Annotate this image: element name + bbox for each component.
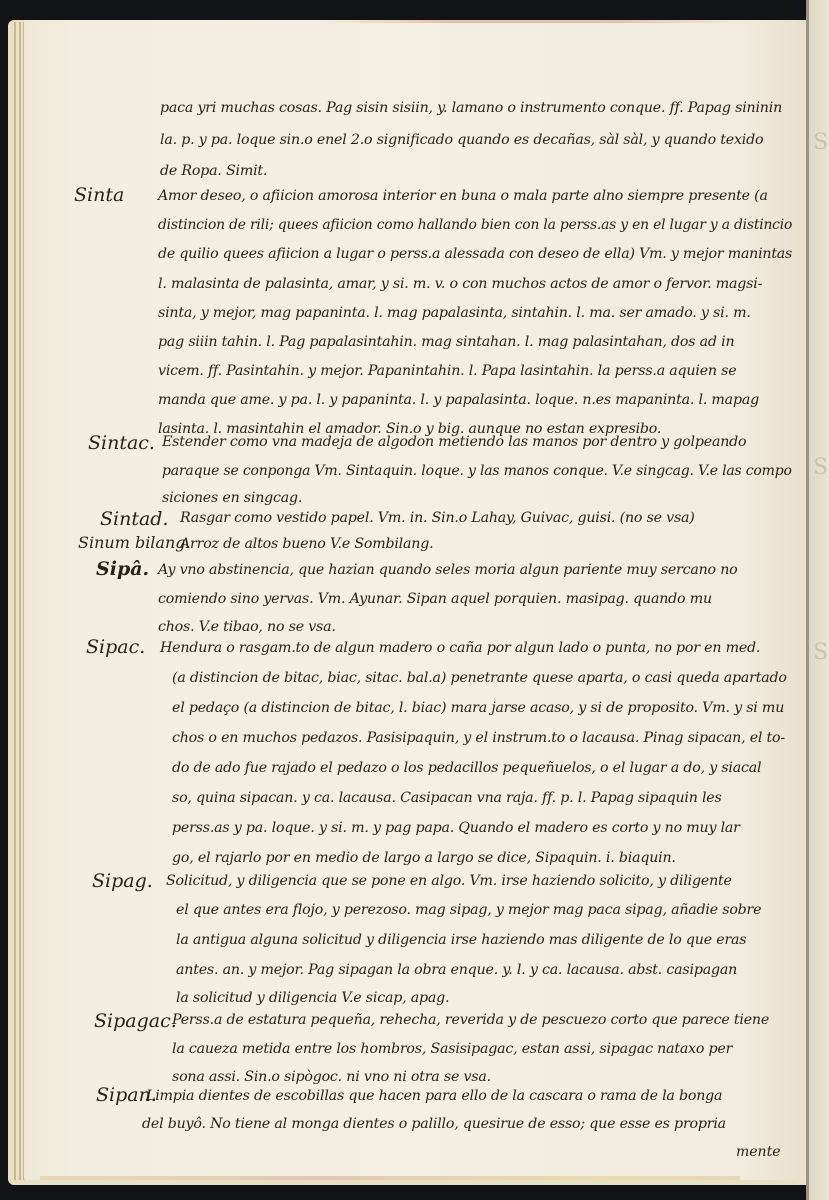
entry-line: Ay vno abstinencia, que hazian quando se… [158,562,737,578]
entry-line: l. malasinta de palasinta, amar, y si. m… [158,276,762,292]
entry-headword: Sipag. [92,870,153,892]
entry-line: so, quina sipacan. y ca. lacausa. Casipa… [172,790,722,806]
entry-headword: Sintac. [88,432,155,454]
entry-line: perss.as y pa. loque. y si. m. y pag pap… [172,820,740,836]
entry-line: chos o en muchos pedazos. Pasisipaquin, … [172,730,785,746]
entry-headword: Sipagac. [94,1010,177,1032]
entry-line: Hendura o rasgam.to de algun madero o ca… [160,640,760,656]
entry-line: la caueza metida entre los hombros, Sasi… [172,1041,732,1057]
entry-line: vicem. ff. Pasintahin. y mejor. Papanint… [158,363,736,379]
entry-line: (a distincion de bitac, biac, sitac. bal… [172,670,787,686]
entry-headword: Sipac. [86,636,145,658]
entry-line: antes. an. y mejor. Pag sipagan la obra … [176,962,737,978]
entry-line: el que antes era flojo, y perezoso. mag … [176,902,761,918]
entry-line: manda que ame. y pa. l. y papaninta. l. … [158,392,759,408]
continuation-line: de Ropa. Simit. [160,163,267,179]
entry-line: Limpia dientes de escobillas que hacen p… [146,1088,722,1104]
entry-line: paraque se conponga Vm. Sintaquin. loque… [162,463,792,479]
entry-line: distincion de rili; quees afiicion como … [158,217,792,233]
entry-headword: Sinta [74,184,124,206]
entry-line: sinta, y mejor, mag papaninta. l. mag pa… [158,305,751,321]
entry-headword: Sipâ. [96,558,149,580]
entry-line: el pedaço (a distincion de bitac, l. bia… [172,700,784,716]
entry-line: pag siiin tahin. l. Pag papalasintahin. … [158,334,734,350]
entry-line: la antigua alguna solicitud y diligencia… [176,932,746,948]
manuscript-text: paca yri muchas cosas. Pag sisin sisiin,… [0,0,829,1200]
entry-line: go, el rajarlo por en medio de largo a l… [172,850,676,866]
entry-line: de quilio quees afiicion a lugar o perss… [158,246,792,262]
continuation-line: paca yri muchas cosas. Pag sisin sisiin,… [160,100,782,116]
entry-line: del buyô. No tiene al monga dientes o pa… [142,1116,726,1132]
entry-line: Rasgar como vestido papel. Vm. in. Sin.o… [180,510,695,526]
entry-headword: Sinum bilang. [78,533,191,552]
entry-line: Amor deseo, o afiicion amorosa interior … [158,188,768,204]
entry-line: Arroz de altos bueno V.e Sombilang. [180,536,433,552]
entry-line: la solicitud y diligencia V.e sicap, apa… [176,990,449,1006]
entry-line: chos. V.e tibao, no se vsa. [158,619,336,635]
continuation-line: la. p. y pa. loque sin.o enel 2.o signif… [160,132,763,148]
entry-line: Solicitud, y diligencia que se pone en a… [166,873,732,889]
entry-line: do de ado fue rajado el pedazo o los ped… [172,760,761,776]
catchword: mente [736,1144,781,1160]
entry-line: siciones en singcag. [162,490,302,506]
entry-line: comiendo sino yervas. Vm. Ayunar. Sipan … [158,591,712,607]
entry-line: Perss.a de estatura pequeña, rehecha, re… [172,1012,769,1028]
entry-line: sona assi. Sin.o sipògoc. ni vno ni otra… [172,1069,491,1085]
entry-line: Estender como vna madeja de algodon meti… [162,434,746,450]
entry-headword: Sintad. [100,508,169,530]
